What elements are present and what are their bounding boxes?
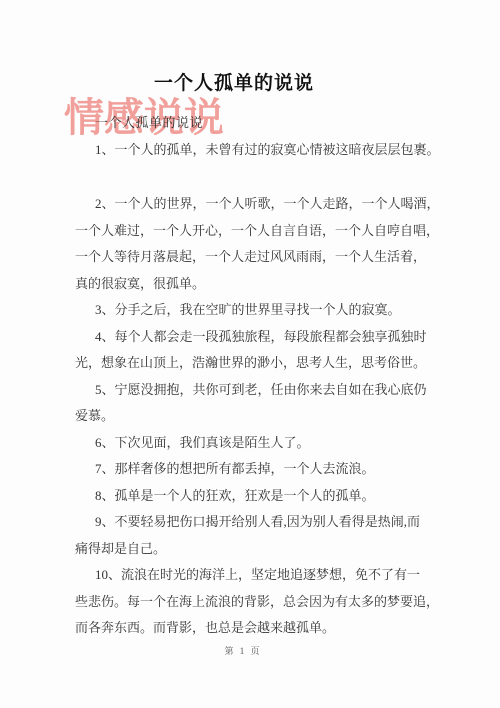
paragraph-line: 光，想象在山顶上，浩瀚世界的渺小，思考人生，思考俗世。 — [75, 350, 436, 377]
paragraph-line: 5、宁愿没拥抱，共你可到老，任由你来去自如在我心底仍 — [75, 377, 436, 404]
paragraph-line: 8、孤单是一个人的狂欢，狂欢是一个人的孤单。 — [75, 483, 436, 510]
paragraph-line: 7、那样奢侈的想把所有都丢掉，一个人去流浪。 — [75, 456, 436, 483]
paragraph-line: 一个人等待月落晨起，一个人走过风风雨雨，一个人生活着， — [75, 244, 436, 271]
paragraph-line: 10、流浪在时光的海洋上，坚定地追逐梦想，免不了有一 — [75, 562, 436, 589]
paragraph-line: 4、每个人都会走一段孤独旅程，每段旅程都会独享孤独时 — [75, 324, 436, 351]
document-page: 情感说说 一个人孤单的说说 一个人孤单的说说 1、一个人的孤单，未曾有过的寂寞心… — [0, 0, 500, 708]
paragraph-list: 1、一个人的孤单，未曾有过的寂寞心情被这暗夜层层包裹。2、一个人的世界，一个人听… — [75, 137, 436, 642]
page-title: 一个人孤单的说说 — [16, 0, 452, 95]
section-heading: 一个人孤单的说说 — [75, 110, 436, 137]
paragraph-line: 爱慕。 — [75, 403, 436, 430]
paragraph-line: 些悲伤。每一个在海上流浪的背影，总会因为有太多的梦要追， — [75, 589, 436, 616]
paragraph-line: 真的很寂寞，很孤单。 — [75, 271, 436, 298]
paragraph-line: 6、下次见面，我们真该是陌生人了。 — [75, 430, 436, 457]
page-number: 第 1 页 — [0, 644, 486, 657]
paragraph-line: 1、一个人的孤单，未曾有过的寂寞心情被这暗夜层层包裹。 — [75, 137, 436, 164]
paragraph-line: 3、分手之后，我在空旷的世界里寻找一个人的寂寞。 — [75, 297, 436, 324]
paragraph-gap — [75, 163, 436, 191]
paragraph-line: 一个人难过，一个人开心，一个人自言自语，一个人自哼自唱， — [75, 218, 436, 245]
paragraph-line: 痛得却是自己。 — [75, 536, 436, 563]
document-body: 一个人孤单的说说 1、一个人的孤单，未曾有过的寂寞心情被这暗夜层层包裹。2、一个… — [75, 110, 436, 642]
paragraph-line: 2、一个人的世界，一个人听歌，一个人走路，一个人喝酒， — [75, 191, 436, 218]
paragraph-line: 而各奔东西。而背影，也总是会越来越孤单。 — [75, 615, 436, 642]
paragraph-line: 9、不要轻易把伤口揭开给别人看,因为别人看得是热闹,而 — [75, 509, 436, 536]
